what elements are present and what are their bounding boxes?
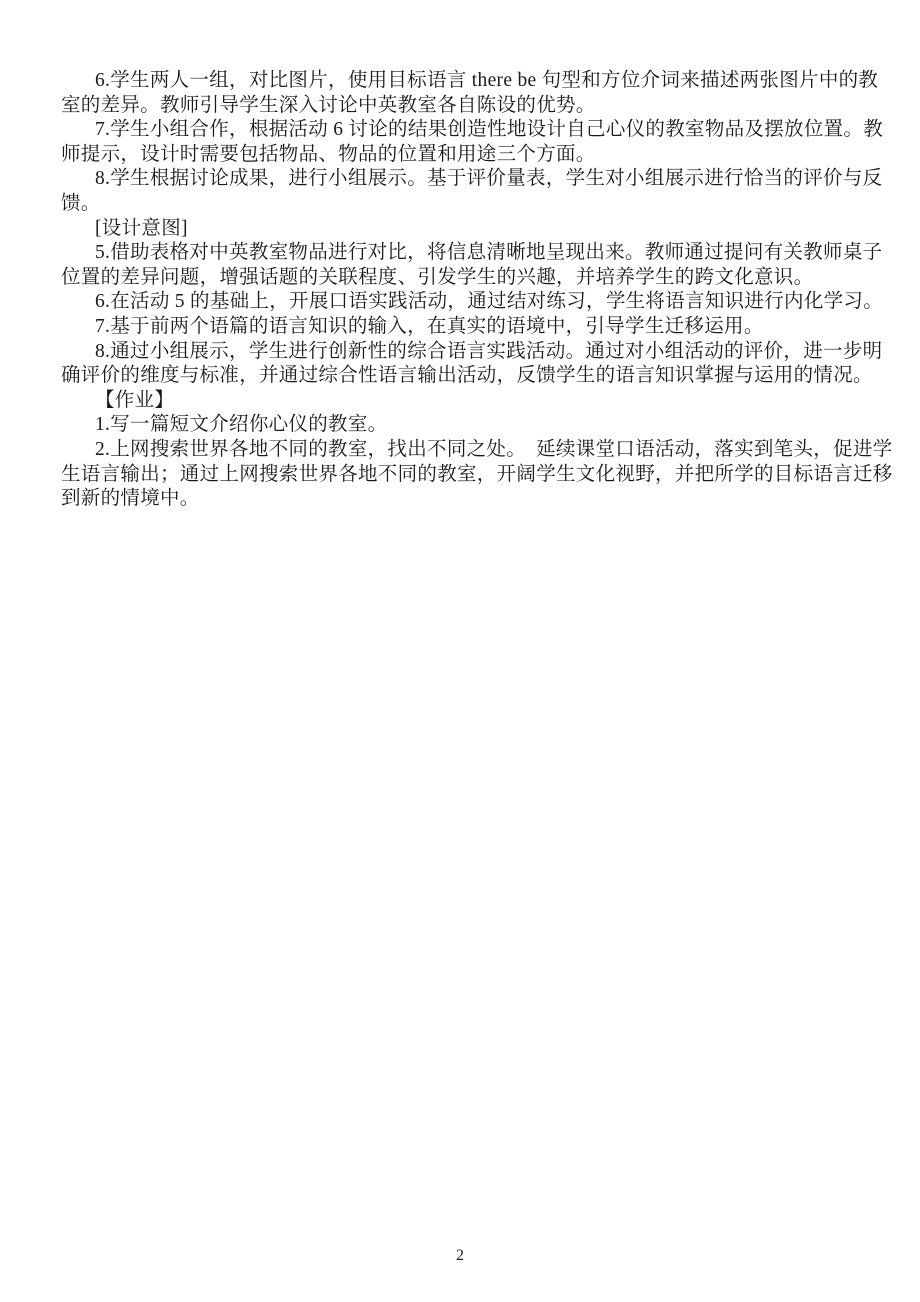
text-line: 6.在活动 5 的基础上，开展口语实践活动，通过结对练习，学生将语言知识进行内化…: [61, 290, 861, 315]
text-line: 位置的差异问题，增强话题的关联程度、引发学生的兴趣，并培养学生的跨文化意识。: [61, 266, 861, 291]
text-line: 【作业】: [61, 389, 861, 414]
text-line: [设计意图]: [61, 217, 861, 242]
text-line: 1.写一篇短文介绍你心仪的教室。: [61, 413, 861, 438]
text-line: 8.学生根据讨论成果，进行小组展示。基于评价量表，学生对小组展示进行恰当的评价与…: [61, 167, 861, 192]
text-line: 7.基于前两个语篇的语言知识的输入，在真实的语境中，引导学生迁移运用。: [61, 315, 861, 340]
text-line: 到新的情境中。: [61, 487, 861, 512]
document-text: 6.学生两人一组，对比图片，使用目标语言 there be 句型和方位介词来描述…: [61, 69, 861, 512]
page-number: 2: [0, 1247, 920, 1265]
text-line: 室的差异。教师引导学生深入讨论中英教室各自陈设的优势。: [61, 94, 861, 119]
text-line: 2.上网搜索世界各地不同的教室，找出不同之处。 延续课堂口语活动，落实到笔头，促…: [61, 438, 861, 463]
text-line: 生语言输出；通过上网搜索世界各地不同的教室，开阔学生文化视野，并把所学的目标语言…: [61, 463, 861, 488]
text-line: 5.借助表格对中英教室物品进行对比，将信息清晰地呈现出来。教师通过提问有关教师桌…: [61, 241, 861, 266]
document-page: 6.学生两人一组，对比图片，使用目标语言 there be 句型和方位介词来描述…: [0, 0, 920, 1302]
text-line: 7.学生小组合作，根据活动 6 讨论的结果创造性地设计自己心仪的教室物品及摆放位…: [61, 118, 861, 143]
text-line: 6.学生两人一组，对比图片，使用目标语言 there be 句型和方位介词来描述…: [61, 69, 861, 94]
text-line: 馈。: [61, 192, 861, 217]
text-line: 确评价的维度与标准，并通过综合性语言输出活动，反馈学生的语言知识掌握与运用的情况…: [61, 364, 861, 389]
text-line: 师提示，设计时需要包括物品、物品的位置和用途三个方面。: [61, 143, 861, 168]
text-line: 8.通过小组展示，学生进行创新性的综合语言实践活动。通过对小组活动的评价，进一步…: [61, 340, 861, 365]
